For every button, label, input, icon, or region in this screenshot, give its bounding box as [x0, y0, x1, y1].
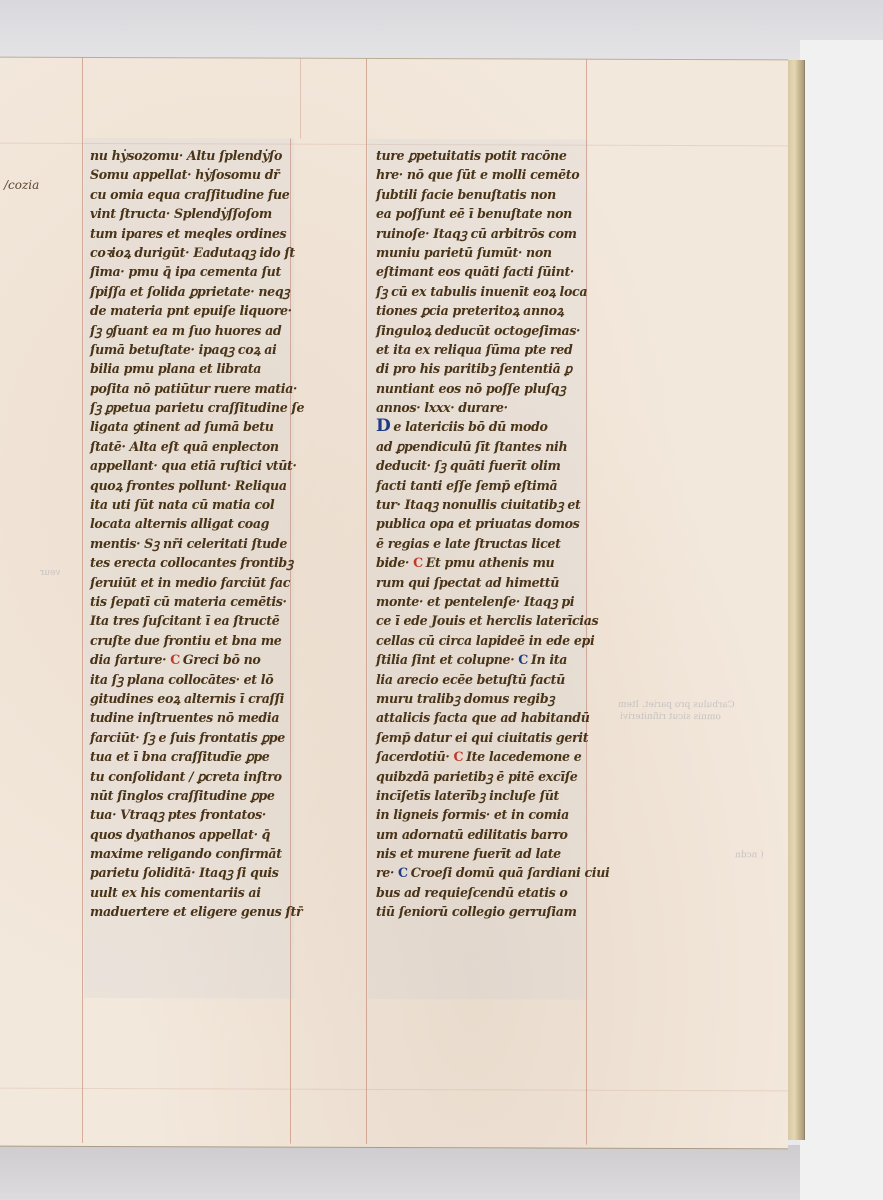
- text-line: ture ꝑpetuitatis potit racōne: [376, 146, 626, 165]
- text-segment: tiones ꝑcia preteritoꝝ annoꝝ: [376, 303, 564, 318]
- text-segment: bide·: [376, 555, 409, 570]
- text-segment: tudine inſtruentes nō media: [90, 710, 279, 725]
- text-segment: di pro his paritibꝫ ſententiā ꝑ: [376, 361, 572, 376]
- text-segment: cellas cū circa lapideē in ede epi: [376, 633, 594, 648]
- text-line: ruinoſe· Itaqꝫ cū arbitrōs com: [376, 224, 626, 243]
- text-segment: quos dyathanos appellat· q̄: [90, 827, 270, 842]
- text-segment: bus ad requieſcendū etatis o: [376, 885, 567, 900]
- text-segment: ture ꝑpetuitatis potit racōne: [376, 148, 567, 163]
- text-line: in ligneis formis· et in comia: [376, 805, 626, 824]
- text-segment: attalicis facta que ad habitandū: [376, 710, 590, 725]
- text-line: hre· nō que ſūt e molli cemēto: [376, 165, 626, 184]
- text-segment: cruſte due frontiu et bna me: [90, 633, 281, 648]
- text-line: poſita nō patiūtur ruere matia·: [90, 379, 320, 398]
- text-line: Somu appellat· hẏſosomu dr̄: [90, 165, 320, 184]
- text-segment: Somu appellat· hẏſosomu dr̄: [90, 167, 279, 182]
- text-segment: ē regias e late ſtructas licet: [376, 536, 561, 551]
- text-segment: eſtimant eos quāti facti ſūint·: [376, 264, 574, 279]
- text-line: muniu parietū ſumūt· non: [376, 243, 626, 262]
- text-segment: ſubtili facie benuſtatis non: [376, 187, 556, 202]
- text-segment: ſinguloꝝ deducūt octogeſimas·: [376, 323, 580, 338]
- text-line: um adornatū edilitatis barro: [376, 825, 626, 844]
- text-segment: ea poſſunt eē ī benuſtate non: [376, 206, 572, 221]
- text-line: ſinguloꝝ deducūt octogeſimas·: [376, 321, 626, 340]
- text-line: appellant· qua etiā ruſtici vtūt·: [90, 456, 320, 475]
- text-segment: ſꝫ ꝑpetua parietu craſſitudine ſe: [90, 400, 304, 415]
- text-segment: nūt ſinglos craſſitudine ꝑpe: [90, 788, 275, 803]
- text-line: nūt ſinglos craſſitudine ꝑpe: [90, 786, 320, 805]
- ruling-line: [82, 58, 83, 1143]
- text-line: lia arecio ecēe betuſtū factū: [376, 670, 626, 689]
- text-segment: ſumā betuſtate· ipaqꝫ coꝝ ai: [90, 342, 276, 357]
- text-line: parietu ſoliditā· Itaqꝫ ſi quis: [90, 863, 320, 882]
- text-line: de materia pnt epuiſe liquore·: [90, 301, 320, 320]
- text-segment: maxime religando confirmāt: [90, 846, 282, 861]
- bleed-through-text: Carbulus pro pariet. Item: [618, 700, 735, 710]
- text-line: bide· CEt pmu athenis mu: [376, 553, 626, 572]
- text-segment: appellant· qua etiā ruſtici vtūt·: [90, 458, 297, 473]
- text-segment: in ligneis formis· et in comia: [376, 807, 569, 822]
- text-line: ſacerdotiū· CIte lacedemone e: [376, 747, 626, 766]
- text-segment: vint ſtructa· Splendẏſſoſom: [90, 206, 272, 221]
- text-segment: ſtatē· Alta eſt quā enplecton: [90, 439, 279, 454]
- text-line: ſeruiūt et in medio farciūt fac: [90, 573, 320, 592]
- decorated-initial-red: C: [413, 553, 423, 572]
- text-segment: rum qui ſpectat ad himettū: [376, 575, 559, 590]
- text-line: attalicis facta que ad habitandū: [376, 708, 626, 727]
- text-segment: re·: [376, 865, 394, 880]
- text-segment: uult ex his comentariis ai: [90, 885, 261, 900]
- text-segment: quibzdā parietibꝫ ē pitē excīſe: [376, 769, 577, 784]
- text-line: nuntiant eos nō poſſe pluſqꝫ: [376, 379, 626, 398]
- text-line: ita ſꝫ plana collocātes· et lō: [90, 670, 320, 689]
- text-line: ſꝫ ꝑpetua parietu craſſitudine ſe: [90, 398, 320, 417]
- text-segment: ligata ꝯtinent ad ſumā betu: [90, 419, 274, 434]
- text-segment: ita uti ſūt nata cū matia col: [90, 497, 274, 512]
- text-segment: muniu parietū ſumūt· non: [376, 245, 552, 260]
- text-segment: mentis· Sꝫ nr̄i celeritati ſtude: [90, 536, 287, 551]
- text-line: cruſte due frontiu et bna me: [90, 631, 320, 650]
- text-segment: tis ſepatī cū materia cemētis·: [90, 594, 287, 609]
- decorated-initial-red: C: [170, 650, 180, 669]
- text-line: ſpiſſa et ſolida ꝑprietate· neqꝫ: [90, 282, 320, 301]
- text-segment: poſita nō patiūtur ruere matia·: [90, 381, 297, 396]
- text-segment: tur· Itaqꝫ nonullis ciuitatibꝫ et: [376, 497, 580, 512]
- text-segment: gitudines eoꝝ alternis ī craſſi: [90, 691, 284, 706]
- text-line: deducit· ſꝫ quāti fuerīt olim: [376, 456, 626, 475]
- background-right: [800, 40, 883, 1200]
- text-line: De latericiis bō dū modo: [376, 417, 626, 436]
- text-line: tu conſolidant / ꝑcreta inſtro: [90, 767, 320, 786]
- text-segment: ſꝫ cū ex tabulis inuenīt eoꝝ loca: [376, 284, 587, 299]
- text-segment: Ita tres ſuſcitant ī ea ſtructē: [90, 613, 279, 628]
- text-line: coꝛioꝝ durigūt· Eadutaqꝫ ido ſt: [90, 243, 320, 262]
- ruling-line: [0, 1088, 788, 1092]
- text-segment: tu conſolidant / ꝑcreta inſtro: [90, 769, 282, 784]
- ruling-line: [300, 59, 301, 139]
- text-line: quibzdā parietibꝫ ē pitē excīſe: [376, 767, 626, 786]
- text-line: ſtatē· Alta eſt quā enplecton: [90, 437, 320, 456]
- text-line: ad ꝑpendiculū ſīt ſtantes nih: [376, 437, 626, 456]
- text-line: tudine inſtruentes nō media: [90, 708, 320, 727]
- text-line: re· CCroeſi domū quā ſardiani ciui: [376, 863, 626, 882]
- text-segment: ita ſꝫ plana collocātes· et lō: [90, 672, 273, 687]
- text-segment: bilia pmu plana et librata: [90, 361, 261, 376]
- book-page-edges: [788, 60, 805, 1140]
- text-line: farciūt· ſꝫ e ſuis frontatis ꝑpe: [90, 728, 320, 747]
- text-line: di pro his paritibꝫ ſententiā ꝑ: [376, 359, 626, 378]
- text-column-right: ture ꝑpetuitatis potit racōnehre· nō que…: [376, 146, 626, 922]
- text-line: ea poſſunt eē ī benuſtate non: [376, 204, 626, 223]
- text-line: maxime religando confirmāt: [90, 844, 320, 863]
- text-segment: um adornatū edilitatis barro: [376, 827, 568, 842]
- background-shadow-bottom: [0, 1145, 800, 1200]
- text-segment: muru tralibꝫ domus regibꝫ: [376, 691, 554, 706]
- text-line: publica opa et priuatas domos: [376, 514, 626, 533]
- text-line: tua· Vtraqꝫ ptes frontatos·: [90, 805, 320, 824]
- text-segment: ſima· pmu q̄ ipa cementa ſut: [90, 264, 281, 279]
- text-segment: ſtilia ſint et colupne·: [376, 652, 514, 667]
- text-segment: ruinoſe· Itaqꝫ cū arbitrōs com: [376, 226, 577, 241]
- decorated-initial-blue: C: [398, 863, 408, 882]
- text-segment: nis et murene fuerīt ad late: [376, 846, 561, 861]
- text-segment: incīſetīs laterībꝫ incluſe ſūt: [376, 788, 559, 803]
- text-line: ſumā betuſtate· ipaqꝫ coꝝ ai: [90, 340, 320, 359]
- text-segment: farciūt· ſꝫ e ſuis frontatis ꝑpe: [90, 730, 285, 745]
- text-segment: deducit· ſꝫ quāti fuerīt olim: [376, 458, 561, 473]
- text-line: ſima· pmu q̄ ipa cementa ſut: [90, 262, 320, 281]
- text-line: ſemp̄ datur ei qui ciuitatis gerit: [376, 728, 626, 747]
- text-segment: nu hẏsozomu· Altu ſplendẏſo: [90, 148, 282, 163]
- text-line: ſꝫ cū ex tabulis inuenīt eoꝝ loca: [376, 282, 626, 301]
- text-line: tes erecta collocantes frontibꝫ: [90, 553, 320, 572]
- text-segment: de materia pnt epuiſe liquore·: [90, 303, 292, 318]
- text-line: facti tanti eſſe ſemp̄ eſtimā: [376, 476, 626, 495]
- text-segment: facti tanti eſſe ſemp̄ eſtimā: [376, 478, 557, 493]
- text-line: ſtilia ſint et colupne· CIn ita: [376, 650, 626, 669]
- text-segment: lia arecio ecēe betuſtū factū: [376, 672, 565, 687]
- text-line: gitudines eoꝝ alternis ī craſſi: [90, 689, 320, 708]
- text-line: incīſetīs laterībꝫ incluſe ſūt: [376, 786, 626, 805]
- text-line: et ita ex reliqua ſūma pte red: [376, 340, 626, 359]
- text-segment: tiū ſeniorū collegio gerruſiam: [376, 904, 577, 919]
- text-line: ita uti ſūt nata cū matia col: [90, 495, 320, 514]
- text-segment: tua et ī bna craſſitudīe ꝑpe: [90, 749, 269, 764]
- text-segment: In ita: [531, 652, 567, 667]
- text-line: annos· lxxx· durare·: [376, 398, 626, 417]
- text-line: monte· et pentelenſe· Itaqꝫ pi: [376, 592, 626, 611]
- text-line: ce ī ede Jouis et herclis laterīcias: [376, 611, 626, 630]
- text-line: tum ipares et meqles ordines: [90, 224, 320, 243]
- text-line: tiū ſeniorū collegio gerruſiam: [376, 902, 626, 921]
- text-segment: Greci bō no: [183, 652, 261, 667]
- bleed-through-text: ( ncdn: [735, 850, 764, 860]
- text-segment: ſemp̄ datur ei qui ciuitatis gerit: [376, 730, 588, 745]
- text-line: tur· Itaqꝫ nonullis ciuitatibꝫ et: [376, 495, 626, 514]
- decorated-initial-blue: D: [376, 418, 390, 435]
- text-segment: nuntiant eos nō poſſe pluſqꝫ: [376, 381, 565, 396]
- text-segment: cu omia equa craſſitudine fue: [90, 187, 289, 202]
- text-segment: hre· nō que ſūt e molli cemēto: [376, 167, 579, 182]
- text-line: ligata ꝯtinent ad ſumā betu: [90, 417, 320, 436]
- text-segment: Et pmu athenis mu: [426, 555, 555, 570]
- text-segment: tes erecta collocantes frontibꝫ: [90, 555, 293, 570]
- text-segment: coꝛioꝝ durigūt· Eadutaqꝫ ido ſt: [90, 245, 295, 260]
- text-segment: et ita ex reliqua ſūma pte red: [376, 342, 572, 357]
- decorated-initial-red: C: [453, 747, 463, 766]
- ruling-line: [366, 59, 367, 1144]
- text-line: maduertere et eligere genus ſtr̄: [90, 902, 320, 921]
- text-line: tiones ꝑcia preteritoꝝ annoꝝ: [376, 301, 626, 320]
- text-segment: Ite lacedemone e: [466, 749, 581, 764]
- text-column-left: nu hẏsozomu· Altu ſplendẏſoSomu appellat…: [90, 146, 320, 922]
- text-segment: ſacerdotiū·: [376, 749, 449, 764]
- text-segment: monte· et pentelenſe· Itaqꝫ pi: [376, 594, 574, 609]
- text-line: muru tralibꝫ domus regibꝫ: [376, 689, 626, 708]
- text-line: bus ad requieſcendū etatis o: [376, 883, 626, 902]
- text-line: rum qui ſpectat ad himettū: [376, 573, 626, 592]
- text-segment: e latericiis bō dū modo: [393, 419, 547, 434]
- text-line: ſꝫ ꝯſuant ea m ſuo huores ad: [90, 321, 320, 340]
- text-segment: parietu ſoliditā· Itaqꝫ ſi quis: [90, 865, 279, 880]
- text-line: vint ſtructa· Splendẏſſoſom: [90, 204, 320, 223]
- bleed-through-text: veur: [40, 568, 61, 578]
- text-segment: dia farture·: [90, 652, 166, 667]
- text-line: tis ſepatī cū materia cemētis·: [90, 592, 320, 611]
- text-segment: ſeruiūt et in medio farciūt fac: [90, 575, 290, 590]
- text-segment: maduertere et eligere genus ſtr̄: [90, 904, 302, 919]
- decorated-initial-blue: C: [518, 650, 528, 669]
- text-segment: ſpiſſa et ſolida ꝑprietate· neqꝫ: [90, 284, 289, 299]
- text-line: cu omia equa craſſitudine fue: [90, 185, 320, 204]
- text-segment: tua· Vtraqꝫ ptes frontatos·: [90, 807, 266, 822]
- text-segment: tum ipares et meqles ordines: [90, 226, 286, 241]
- text-line: nu hẏsozomu· Altu ſplendẏſo: [90, 146, 320, 165]
- text-segment: ce ī ede Jouis et herclis laterīcias: [376, 613, 598, 628]
- bleed-through-text: omnis sicut rifiniterivi: [620, 712, 721, 722]
- text-line: eſtimant eos quāti facti ſūint·: [376, 262, 626, 281]
- text-segment: annos· lxxx· durare·: [376, 400, 508, 415]
- text-segment: Croeſi domū quā ſardiani ciui: [411, 865, 610, 880]
- text-line: quoꝝ frontes pollunt· Reliqua: [90, 476, 320, 495]
- text-segment: ad ꝑpendiculū ſīt ſtantes nih: [376, 439, 567, 454]
- text-line: cellas cū circa lapideē in ede epi: [376, 631, 626, 650]
- marginal-note: /cozia: [4, 178, 39, 192]
- text-segment: quoꝝ frontes pollunt· Reliqua: [90, 478, 287, 493]
- text-line: mentis· Sꝫ nr̄i celeritati ſtude: [90, 534, 320, 553]
- text-line: quos dyathanos appellat· q̄: [90, 825, 320, 844]
- text-line: Ita tres ſuſcitant ī ea ſtructē: [90, 611, 320, 630]
- text-segment: ſꝫ ꝯſuant ea m ſuo huores ad: [90, 323, 281, 338]
- text-line: ſubtili facie benuſtatis non: [376, 185, 626, 204]
- text-segment: publica opa et priuatas domos: [376, 516, 579, 531]
- text-line: dia farture· CGreci bō no: [90, 650, 320, 669]
- text-line: ē regias e late ſtructas licet: [376, 534, 626, 553]
- text-line: nis et murene fuerīt ad late: [376, 844, 626, 863]
- text-line: uult ex his comentariis ai: [90, 883, 320, 902]
- text-line: locata alternis alligat coag: [90, 514, 320, 533]
- text-segment: locata alternis alligat coag: [90, 516, 269, 531]
- text-line: bilia pmu plana et librata: [90, 359, 320, 378]
- text-line: tua et ī bna craſſitudīe ꝑpe: [90, 747, 320, 766]
